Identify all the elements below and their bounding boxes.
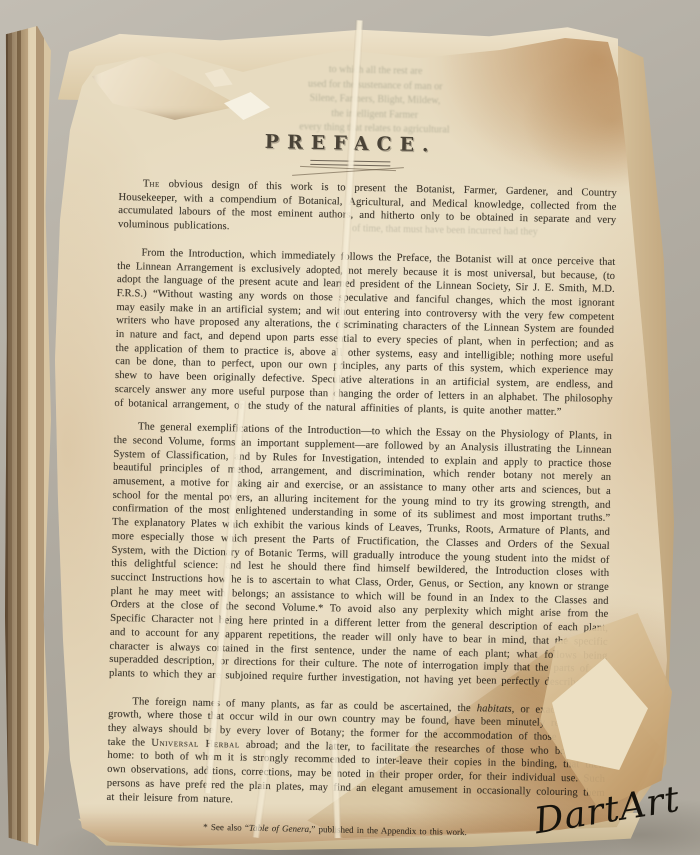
preface-paragraph-3: The general exemplifications of the Intr… — [109, 420, 612, 690]
preface-paragraph-2: From the Introduction, which immediately… — [114, 246, 615, 420]
preface-paragraph-1: The obvious design of this work is to pr… — [118, 177, 617, 242]
photo-of-antique-book: to which all the rest are used for the s… — [0, 0, 700, 855]
book-spine-edge — [5, 26, 51, 846]
